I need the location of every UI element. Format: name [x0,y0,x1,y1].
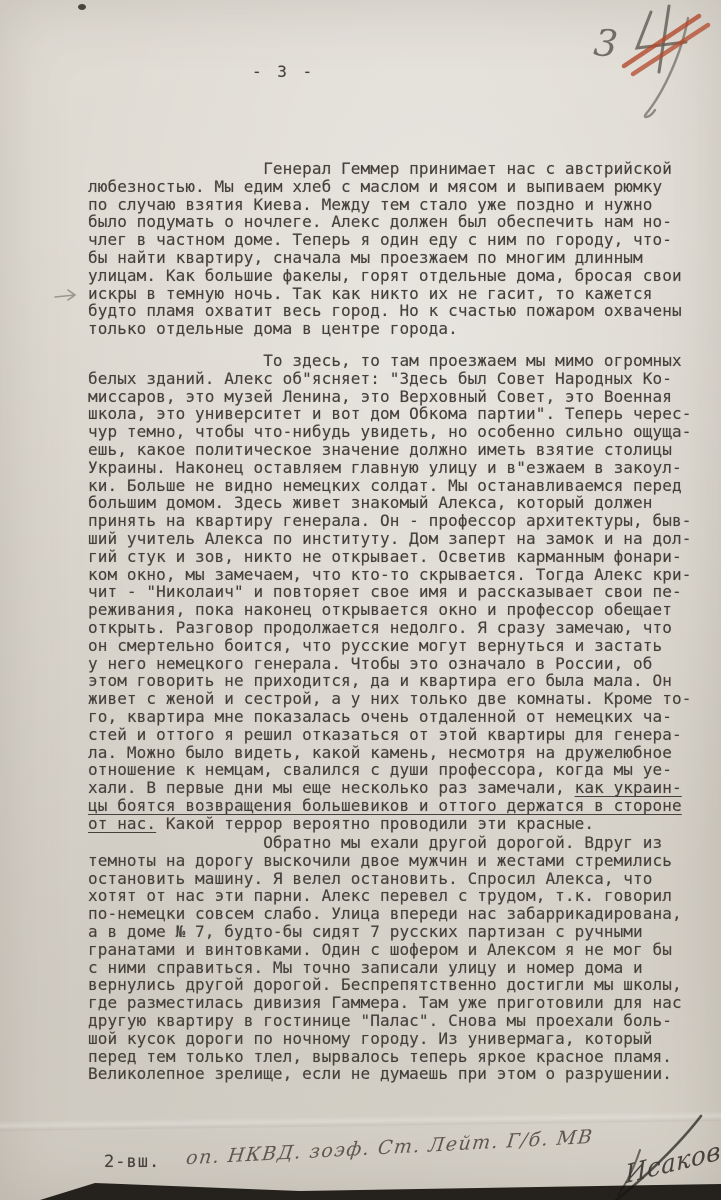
paragraph-3: Обратно мы ехали другой дорогой. Вдруг и… [88,834,713,1083]
text-line: Генерал Геммер принимает нас с австрийск… [88,160,713,178]
red-cross-stroke [633,25,708,74]
pencil-four-stroke [637,12,686,48]
text-line: улицам. Как большие факелы, горят отдель… [88,267,713,285]
text-line: ешь, какое политическое значение должно … [88,441,713,459]
text-line: гий стук и зов, никто не открывает. Осве… [88,548,713,566]
text-line: чур темно, чтобы что-нибудь увидеть, но … [88,423,713,441]
text-line: вернулись другой дорогой. Беспрепятствен… [88,976,713,994]
text-line: стей и оттого я решил отказаться от этой… [88,726,713,744]
handwritten-note: оп. НКВД. зоэф. Ст. Лейт. Г/б. МВ [185,1125,617,1170]
text-line: Обратно мы ехали другой дорогой. Вдруг и… [88,834,713,852]
text-line: члег в частном доме. Теперь я один еду с… [88,231,713,249]
text-line: живет с женой и сестрой, а у них только … [88,690,713,708]
document-page: - 3 - Генерал Геммер принимает нас с авс… [0,0,721,1200]
text-line: ки. Больше не видно немецких солдат. Мы … [88,477,713,495]
text-line: только отдельные дома в центре города. [88,320,713,338]
text-line: с ними справиться. Мы точно записали ули… [88,959,713,977]
text-line: школа, это университет и вот дом Обкома … [88,405,713,423]
text-line: искры в темную ночь. Так как никто их не… [88,285,713,303]
text-line: любезностью. Мы едим хлеб с маслом и мяс… [88,178,713,196]
text-line: другую квартиру в гостинице "Палас". Сно… [88,1012,713,1030]
text-line: ший учитель Алекса по институту. Дом зап… [88,530,713,548]
text-line: было подумать о ночлеге. Алекс должен бы… [88,213,713,231]
text-line: от нас. Какой террор вероятно проводили … [88,815,713,833]
pencil-page-number: 3 [592,21,620,66]
text-line: го, квартира мне показалась очень отдале… [88,708,713,726]
footer-code: 2-вш. [104,1152,160,1172]
text-line: шой кусок дороги по ночному городу. Из у… [88,1030,713,1048]
text-line: где разместилась дивизия Гаммера. Там уж… [88,994,713,1012]
text-line: хотят от нас эти парни. Алекс перевел с … [88,887,713,905]
text-line: по случаю взятия Киева. Между тем стало … [88,196,713,214]
text-line: реживания, пока наконец открывается окно… [88,601,713,619]
text-line: он смертельно боится, что русские могут … [88,637,713,655]
text-line: Украины. Наконец оставляем главную улицу… [88,459,713,477]
text-line: открыть. Разговор продолжается недолго. … [88,619,713,637]
text-line: гранатами и винтовками. Один с шофером и… [88,941,713,959]
text-line: большим домом. Здесь живет знакомый Алек… [88,494,713,512]
paragraph-1: Генерал Геммер принимает нас с австрийск… [88,160,713,338]
text-line: ла. Можно было видеть, какой камень, нес… [88,744,713,762]
paragraph-2: То здесь, то там проезжаем мы мимо огром… [88,352,713,833]
red-cross-stroke [624,16,699,66]
text-line: белых зданий. Алекс об"ясняет: "Здесь бы… [88,370,713,388]
text-line: отношение к немцам, свалился с души проф… [88,761,713,779]
text-line: бы найти квартиру, сначала мы проезжаем … [88,249,713,267]
text-line: остановить машину. Я велел остановить. С… [88,870,713,888]
pencil-tail-stroke [645,18,688,117]
text-line: цы боятся возвращения большевиков и отто… [88,797,713,815]
text-line: по-немецки совсем слабо. Улица впереди н… [88,905,713,923]
margin-arrow-icon [55,290,75,300]
text-line: у него немецкого генерала. Чтобы это озн… [88,655,713,673]
text-line: темноты на дорогу выскочили двое мужчин … [88,852,713,870]
text-line: миссаров, это музей Ленина, это Верховны… [88,388,713,406]
text-line: этом говорить не приходится, да и кварти… [88,672,713,690]
ink-speck [78,4,86,10]
scan-edge-shadow [40,1183,721,1200]
text-line: ком окно, мы замечаем, что кто-то скрыва… [88,566,713,584]
text-line: принять на квартиру генерала. Он - профе… [88,512,713,530]
text-line: чит - "Николаич" и повторяет свое имя и … [88,583,713,601]
text-line: Великолепное зрелище, если не думаешь пр… [88,1065,713,1083]
page-number: - 3 - [252,62,315,81]
pencil-four-stem [659,6,669,72]
signature: Исаков [625,1136,721,1189]
text-line: перед тем только тлел, вырвалось теперь … [88,1048,713,1066]
text-line: хали. В первые дни мы еще несколько раз … [88,779,713,797]
text-line: То здесь, то там проезжаем мы мимо огром… [88,352,713,370]
text-line: будто пламя охватит весь город. Но к сча… [88,302,713,320]
text-line: а в доме № 7, будто-бы сидят 7 русских п… [88,923,713,941]
